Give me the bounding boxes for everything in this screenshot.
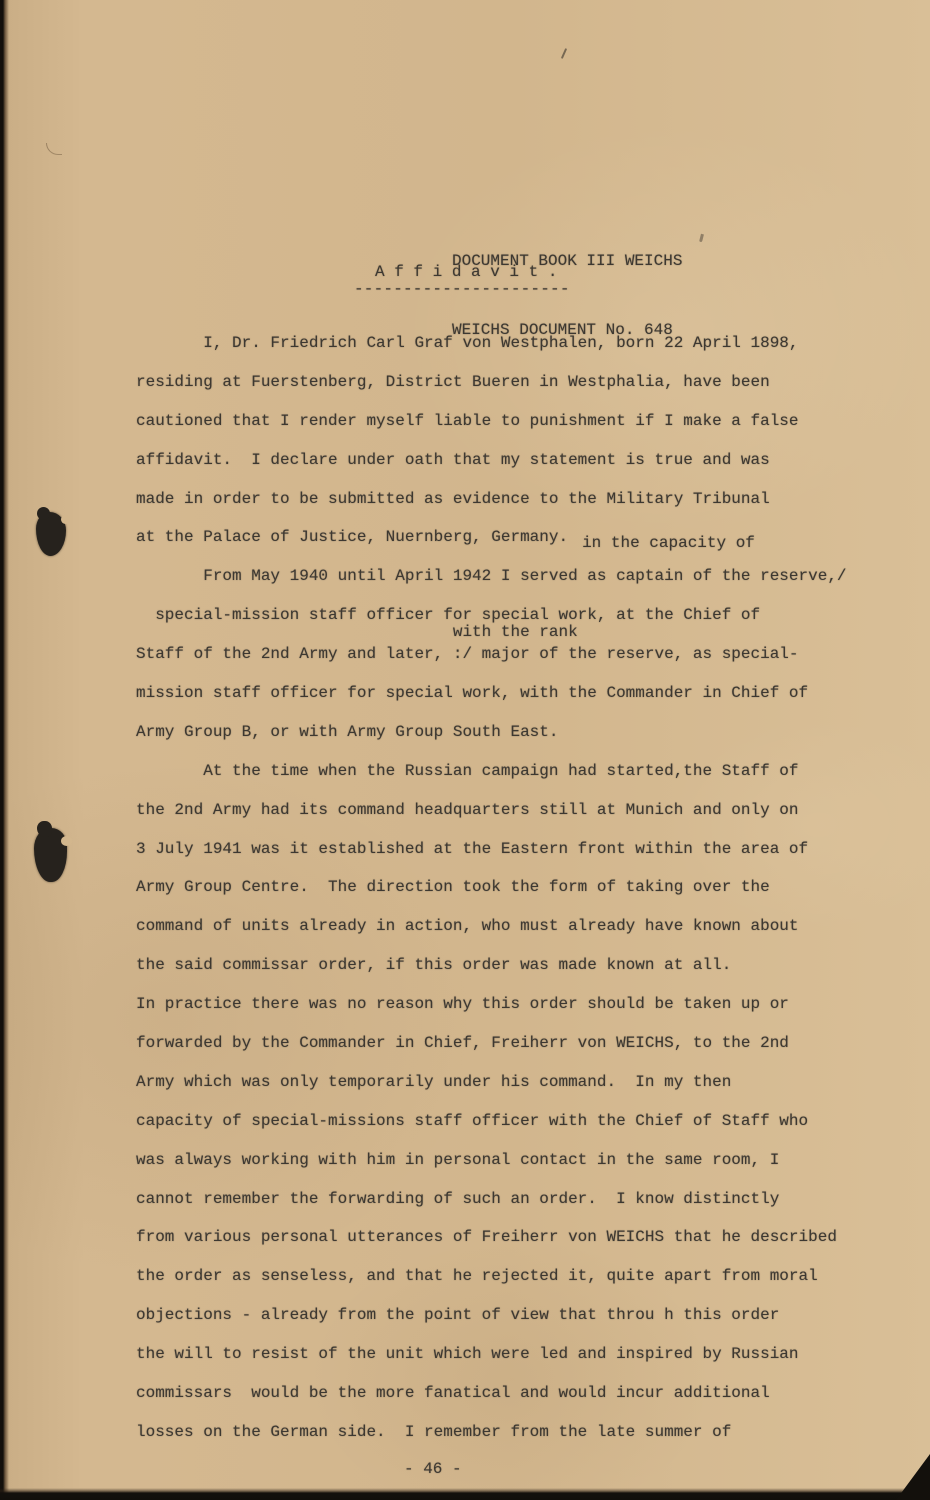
document-line: objections - already from the point of v… bbox=[136, 1296, 896, 1335]
paper-crease bbox=[46, 143, 62, 155]
document-line: mission staff officer for special work, … bbox=[136, 674, 896, 713]
document-line: In practice there was no reason why this… bbox=[136, 985, 896, 1024]
document-line: cautioned that I render myself liable to… bbox=[136, 402, 896, 441]
affidavit-body: I, Dr. Friedrich Carl Graf von Westphale… bbox=[136, 324, 896, 1452]
document-line: affidavit. I declare under oath that my … bbox=[136, 441, 896, 480]
document-line: From May 1940 until April 1942 I served … bbox=[136, 557, 896, 596]
stray-mark bbox=[561, 48, 567, 59]
document-line: capacity of special-missions staff offic… bbox=[136, 1102, 896, 1141]
document-line: I, Dr. Friedrich Carl Graf von Westphale… bbox=[136, 324, 896, 363]
document-line: at the Palace of Justice, Nuernberg, Ger… bbox=[136, 518, 896, 557]
document-line: forwarded by the Commander in Chief, Fre… bbox=[136, 1024, 896, 1063]
document-line: residing at Fuerstenberg, District Buere… bbox=[136, 363, 896, 402]
document-line: made in order to be submitted as evidenc… bbox=[136, 480, 896, 519]
document-line: from various personal utterances of Frei… bbox=[136, 1218, 896, 1257]
document-line: Army Group Centre. The direction took th… bbox=[136, 868, 896, 907]
document-line: the order as senseless, and that he reje… bbox=[136, 1257, 896, 1296]
scanned-document-page: DOCUMENT BOOK III WEICHS WEICHS DOCUMENT… bbox=[0, 0, 930, 1500]
scan-edge-bottom bbox=[0, 1488, 930, 1500]
document-line: was always working with him in personal … bbox=[136, 1141, 896, 1180]
document-line: cannot remember the forwarding of such a… bbox=[136, 1180, 896, 1219]
scan-edge-left bbox=[0, 0, 9, 1500]
document-line: Army Group B, or with Army Group South E… bbox=[136, 713, 896, 752]
page-number: - 46 - bbox=[404, 1458, 462, 1480]
document-line: the 2nd Army had its command headquarter… bbox=[136, 791, 896, 830]
document-line: losses on the German side. I remember fr… bbox=[136, 1413, 896, 1452]
document-line: command of units already in action, who … bbox=[136, 907, 896, 946]
inserted-phrase: in the capacity of bbox=[582, 534, 755, 552]
punch-hole-top bbox=[36, 512, 66, 556]
document-line: At the time when the Russian campaign ha… bbox=[136, 752, 896, 791]
document-line: the said commissar order, if this order … bbox=[136, 946, 896, 985]
document-line: 3 July 1941 was it established at the Ea… bbox=[136, 830, 896, 869]
document-line: the will to resist of the unit which wer… bbox=[136, 1335, 896, 1374]
punch-hole-bottom bbox=[34, 828, 67, 882]
document-line: Army which was only temporarily under hi… bbox=[136, 1063, 896, 1102]
stray-mark bbox=[699, 234, 704, 242]
title-underline: ---------------------- bbox=[354, 280, 570, 298]
document-line: commissars would be the more fanatical a… bbox=[136, 1374, 896, 1413]
document-title: A f f i d a v i t . bbox=[375, 262, 557, 282]
